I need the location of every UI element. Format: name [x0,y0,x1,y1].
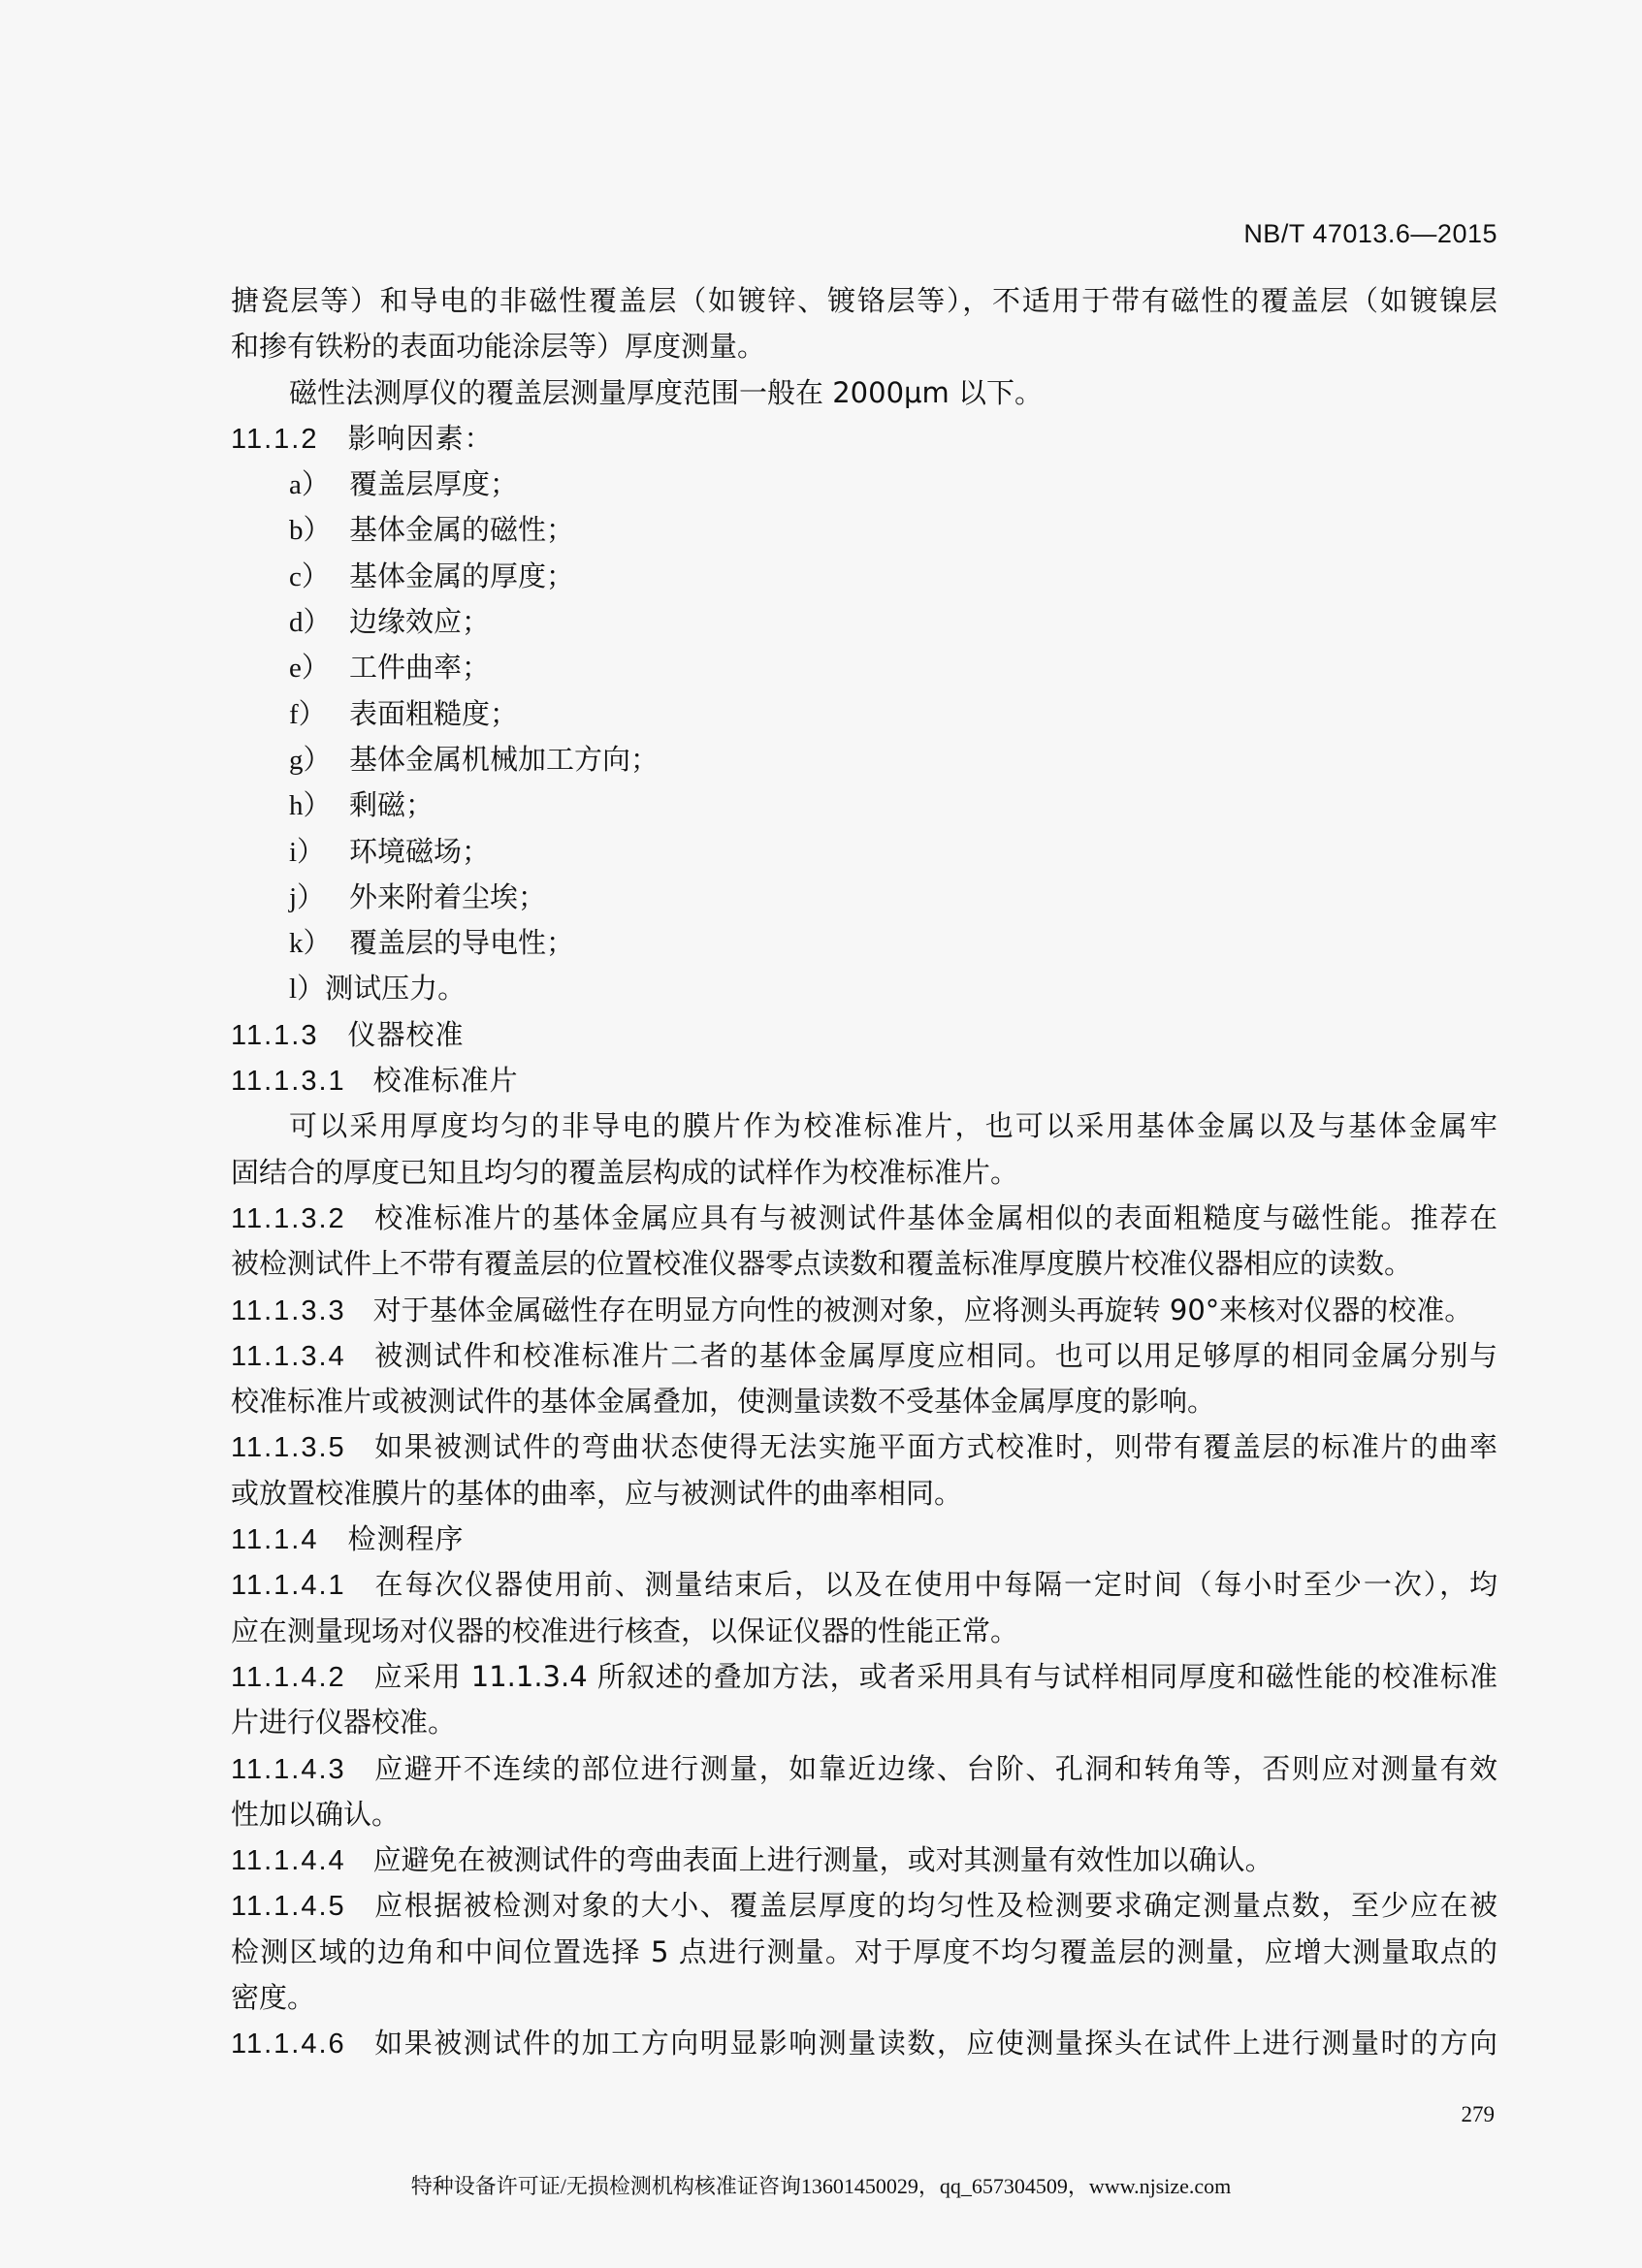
clause-11-1-4-6: 11.1.4.6如果被测试件的加工方向明显影响测量读数，应使测量探头在试件上进行… [231,2021,1497,2066]
list-item: k）覆盖层的导电性； [231,920,1497,966]
clause-text: 在每次仪器使用前、测量结束后，以及在使用中每隔一定时间（每小时至少一次），均 [373,1568,1497,1601]
paragraph-line: 片进行仪器校准。 [231,1700,1497,1745]
clause-11-1-4-4: 11.1.4.4应避免在被测试件的弯曲表面上进行测量，或对其测量有效性加以确认。 [231,1837,1497,1883]
paragraph-line: 应在测量现场对仪器的校准进行核查，以保证仪器的性能正常。 [231,1609,1497,1654]
paragraph-line: 性加以确认。 [231,1792,1497,1837]
clause-text: 应根据被检测对象的大小、覆盖层厚度的均匀性及检测要求确定测量点数，至少应在被 [373,1889,1497,1922]
list-marker: i） [289,830,349,876]
section-title: 校准标准片 [373,1064,519,1097]
section-number: 11.1.4.6 [231,2022,346,2067]
list-marker: a） [289,463,349,508]
list-marker: h） [289,783,349,829]
list-item: a）覆盖层厚度； [231,462,1497,507]
document-page: NB/T 47013.6—2015 搪瓷层等）和导电的非磁性覆盖层（如镀锌、镀铬… [0,0,1642,2268]
clause-text: 校准标准片的基体金属应具有与被测试件基体金属相似的表面粗糙度与磁性能。推荐在 [373,1201,1497,1234]
list-item: b）基体金属的磁性； [231,507,1497,553]
list-text: 基体金属的厚度； [349,559,574,592]
section-number: 11.1.2 [231,417,318,463]
list-marker: l） [289,967,325,1012]
paragraph-line: 校准标准片或被测试件的基体金属叠加，使测量读数不受基体金属厚度的影响。 [231,1379,1497,1424]
section-number: 11.1.4.2 [231,1655,346,1701]
section-heading-11-1-2: 11.1.2影响因素： [231,416,1497,462]
list-marker: j） [289,876,349,921]
clause-11-1-3-5: 11.1.3.5如果被测试件的弯曲状态使得无法实施平面方式校准时，则带有覆盖层的… [231,1424,1497,1470]
list-item: c）基体金属的厚度； [231,554,1497,599]
list-text: 基体金属机械加工方向； [349,743,659,776]
list-item: f）表面粗糙度； [231,691,1497,737]
section-number: 11.1.3.2 [231,1197,346,1242]
list-text: 表面粗糙度； [349,697,518,730]
section-number: 11.1.3.5 [231,1425,346,1471]
section-heading-11-1-4: 11.1.4检测程序 [231,1517,1497,1562]
section-number: 11.1.4.3 [231,1747,346,1793]
list-text: 基体金属的磁性； [349,513,574,546]
section-number: 11.1.3.4 [231,1334,346,1380]
clause-11-1-3-4: 11.1.3.4被测试件和校准标准片二者的基体金属厚度应相同。也可以用足够厚的相… [231,1333,1497,1379]
section-number: 11.1.4.4 [231,1838,346,1884]
paragraph-line: 和掺有铁粉的表面功能涂层等）厚度测量。 [231,324,1497,369]
list-marker: d） [289,600,349,646]
clause-text: 如果被测试件的弯曲状态使得无法实施平面方式校准时，则带有覆盖层的标准片的曲率 [373,1430,1497,1463]
section-number: 11.1.4.5 [231,1884,346,1930]
section-title: 影响因素： [347,422,493,455]
section-number: 11.1.4.1 [231,1563,346,1609]
section-number: 11.1.3.1 [231,1059,346,1104]
paragraph-line: 搪瓷层等）和导电的非磁性覆盖层（如镀锌、镀铬层等），不适用于带有磁性的覆盖层（如… [231,278,1497,324]
page-number: 279 [1462,2102,1496,2127]
paragraph-line: 检测区域的边角和中间位置选择 5 点进行测量。对于厚度不均匀覆盖层的测量，应增大… [231,1930,1497,1975]
clause-text: 应采用 11.1.3.4 所叙述的叠加方法，或者采用具有与试样相同厚度和磁性能的… [373,1660,1497,1693]
clause-11-1-4-2: 11.1.4.2应采用 11.1.3.4 所叙述的叠加方法，或者采用具有与试样相… [231,1654,1497,1700]
clause-text: 被测试件和校准标准片二者的基体金属厚度应相同。也可以用足够厚的相同金属分别与 [373,1339,1497,1372]
list-text: 测试压力。 [325,972,466,1005]
paragraph-line: 或放置校准膜片的基体的曲率，应与被测试件的曲率相同。 [231,1471,1497,1517]
clause-11-1-4-1: 11.1.4.1在每次仪器使用前、测量结束后，以及在使用中每隔一定时间（每小时至… [231,1562,1497,1608]
paragraph-line: 可以采用厚度均匀的非导电的膜片作为校准标准片，也可以采用基体金属以及与基体金属牢 [231,1103,1497,1149]
list-text: 覆盖层厚度； [349,467,518,500]
list-text: 工件曲率； [349,651,490,684]
document-body: 搪瓷层等）和导电的非磁性覆盖层（如镀锌、镀铬层等），不适用于带有磁性的覆盖层（如… [231,278,1497,2067]
list-text: 外来附着尘埃； [349,880,546,913]
list-marker: k） [289,921,349,967]
section-number: 11.1.3 [231,1013,318,1059]
list-text: 边缘效应； [349,605,490,638]
section-title: 检测程序 [347,1522,464,1555]
paragraph-line: 固结合的厚度已知且均匀的覆盖层构成的试样作为校准标准片。 [231,1150,1497,1196]
standard-code-header: NB/T 47013.6—2015 [1243,219,1497,249]
section-heading-11-1-3-1: 11.1.3.1校准标准片 [231,1058,1497,1103]
list-item: l）测试压力。 [231,966,1497,1011]
clause-11-1-4-3: 11.1.4.3应避开不连续的部位进行测量，如靠近边缘、台阶、孔洞和转角等，否则… [231,1746,1497,1792]
list-marker: b） [289,508,349,554]
footer-contact-note: 特种设备许可证/无损检测机构核准证咨询13601450029，qq_657304… [0,2170,1642,2200]
list-item: i）环境磁场； [231,829,1497,875]
clause-text: 应避开不连续的部位进行测量，如靠近边缘、台阶、孔洞和转角等，否则应对测量有效 [373,1752,1497,1785]
clause-text: 对于基体金属磁性存在明显方向性的被测对象，应将测头再旋转 90°来核对仪器的校准… [373,1294,1473,1326]
clause-11-1-3-3: 11.1.3.3对于基体金属磁性存在明显方向性的被测对象，应将测头再旋转 90°… [231,1288,1497,1333]
clause-text: 如果被测试件的加工方向明显影响测量读数，应使测量探头在试件上进行测量时的方向 [373,2027,1497,2060]
clause-11-1-4-5: 11.1.4.5应根据被检测对象的大小、覆盖层厚度的均匀性及检测要求确定测量点数… [231,1883,1497,1929]
section-number: 11.1.4 [231,1517,318,1563]
section-heading-11-1-3: 11.1.3仪器校准 [231,1012,1497,1058]
list-item: e）工件曲率； [231,645,1497,690]
paragraph-line: 被检测试件上不带有覆盖层的位置校准仪器零点读数和覆盖标准厚度膜片校准仪器相应的读… [231,1241,1497,1287]
list-text: 覆盖层的导电性； [349,926,574,959]
list-item: d）边缘效应； [231,599,1497,645]
paragraph-line: 密度。 [231,1975,1497,2021]
list-item: g）基体金属机械加工方向； [231,737,1497,783]
list-marker: c） [289,555,349,600]
clause-text: 应避免在被测试件的弯曲表面上进行测量，或对其测量有效性加以确认。 [373,1843,1273,1876]
range-note: 磁性法测厚仪的覆盖层测量厚度范围一般在 2000μm 以下。 [231,370,1497,416]
list-text: 剩磁； [349,788,434,821]
list-marker: e） [289,646,349,691]
list-marker: f） [289,692,349,738]
section-title: 仪器校准 [347,1018,464,1051]
section-number: 11.1.3.3 [231,1289,346,1334]
list-marker: g） [289,738,349,783]
list-text: 环境磁场； [349,835,490,868]
list-item: h）剩磁； [231,783,1497,828]
list-item: j）外来附着尘埃； [231,875,1497,920]
clause-11-1-3-2: 11.1.3.2校准标准片的基体金属应具有与被测试件基体金属相似的表面粗糙度与磁… [231,1196,1497,1241]
